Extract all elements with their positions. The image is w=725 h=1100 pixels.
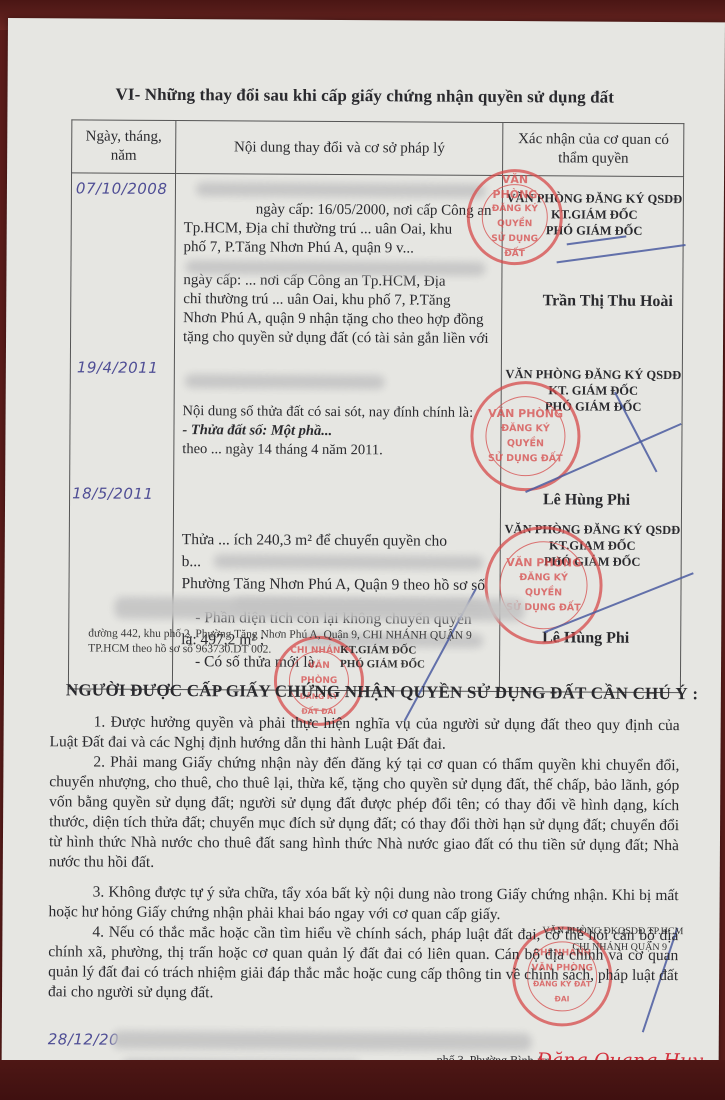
stamp-text: VĂN PHÒNG: [506, 555, 581, 570]
stamp-text: SỬ DỤNG ĐẤT: [488, 451, 563, 466]
content-line: Nhơn Phú A, quận 9 nhận tặng cho theo hợ…: [183, 309, 493, 330]
redacted-area: [214, 554, 484, 570]
content-line: - Thửa đất số: Một phầ...: [182, 421, 492, 442]
redacted-area: [114, 597, 524, 622]
header-date: Ngày, tháng, năm: [72, 120, 176, 174]
content-line: tặng cho quyền sử dụng đất (có tài sản g…: [183, 328, 493, 349]
stamp-text: SỬ DỤNG ĐẤT: [483, 232, 547, 262]
office-stamp: VĂN PHÒNG ĐĂNG KÝ QUYỀN SỬ DỤNG ĐẤT: [484, 526, 603, 645]
row-content: Nội dung số thửa đất có sai sót, nay đín…: [182, 402, 492, 461]
notice-item: 3. Không được tự ý sửa chữa, tẩy xóa bất…: [48, 882, 678, 926]
certificate-page: VI- Những thay đổi sau khi cấp giấy chứn…: [2, 18, 725, 1072]
content-line: phố 7, P.Tăng Nhơn Phú A, quận 9 v...: [183, 238, 493, 259]
redacted-area: [185, 374, 385, 389]
content-line: chỉ thường trú ... uân Oai, khu phố 7, P…: [183, 290, 493, 311]
signer-name: Trần Thị Thu Hoài: [503, 291, 713, 311]
stamp-text: ĐĂNG KÝ QUYỀN: [483, 202, 547, 232]
redacted-area: [185, 260, 485, 276]
stamp-text: VĂN PHÒNG: [488, 406, 563, 421]
notice-text: 1. Được hưởng quyền và phải thực hiện ng…: [50, 714, 680, 753]
row-date: 07/10/2008: [76, 179, 168, 199]
redacted-area: [112, 1031, 532, 1052]
stamp-text: VĂN PHÒNG: [483, 172, 547, 202]
header-confirm: Xác nhận của cơ quan có thẩm quyền: [503, 123, 684, 177]
section-title: VI- Những thay đổi sau khi cấp giấy chứn…: [115, 85, 614, 108]
notice-text: 3. Không được tự ý sửa chữa, tẩy xóa bất…: [48, 884, 678, 923]
content-line: ngày cấp: 16/05/2000, nơi cấp Công an: [184, 200, 494, 221]
redacted-area: [196, 182, 486, 198]
overlay-office-line: CHI NHÁNH QUẬN 9: [572, 941, 667, 953]
notice-item: 2. Phải mang Giấy chứng nhận này đến đăn…: [49, 752, 680, 876]
overlay-office-line: VĂN PHÒNG ĐKQSDĐ TP.HCM: [542, 925, 683, 937]
header-content: Nội dung thay đổi và cơ sở pháp lý: [176, 121, 504, 176]
extra-entry-kt: KT.GIÁM ĐỐC: [340, 644, 416, 656]
footer-date: 28/12/20: [48, 1030, 119, 1048]
notice-title: NGƯỜI ĐƯỢC CẤP GIẤY CHỨNG NHẬN QUYỀN SỬ …: [66, 680, 698, 704]
content-line: Nội dung số thửa đất có sai sót, nay đín…: [182, 402, 492, 423]
signer-name: Lê Hùng Phi: [481, 490, 691, 510]
notice-text: 2. Phải mang Giấy chứng nhận này đến đăn…: [49, 754, 680, 871]
notice-item: 1. Được hưởng quyền và phải thực hiện ng…: [50, 712, 680, 756]
stamp-text: ĐĂNG KÝ QUYỀN: [500, 570, 586, 601]
content-line: Tp.HCM, Địa chỉ thường trú ... uân Oai, …: [184, 219, 494, 240]
row-date: 19/4/2011: [77, 358, 159, 377]
content-line: Phường Tăng Nhơn Phú A, Quận 9 theo hồ s…: [181, 573, 491, 597]
extra-entry-line: đường 442, khu phố 2, Phường Tăng Nhơn P…: [88, 628, 472, 642]
content-line: Thửa ... ích 240,3 m² để chuyển quyền ch…: [182, 529, 492, 553]
row-date: 18/5/2011: [72, 484, 154, 503]
office-stamp: VĂN PHÒNG ĐĂNG KÝ QUYỀN SỬ DỤNG ĐẤT: [467, 169, 564, 266]
content-line: theo ... ngày 14 tháng 4 năm 2011.: [182, 440, 492, 461]
background-bottom: [0, 1060, 725, 1100]
stamp-text: ĐĂNG KÝ QUYỀN: [486, 421, 564, 451]
extra-entry-role: PHÓ GIÁM ĐỐC: [340, 658, 425, 671]
extra-entry-line: TP.HCM theo hồ sơ số 963730.DT 002.: [88, 643, 271, 656]
